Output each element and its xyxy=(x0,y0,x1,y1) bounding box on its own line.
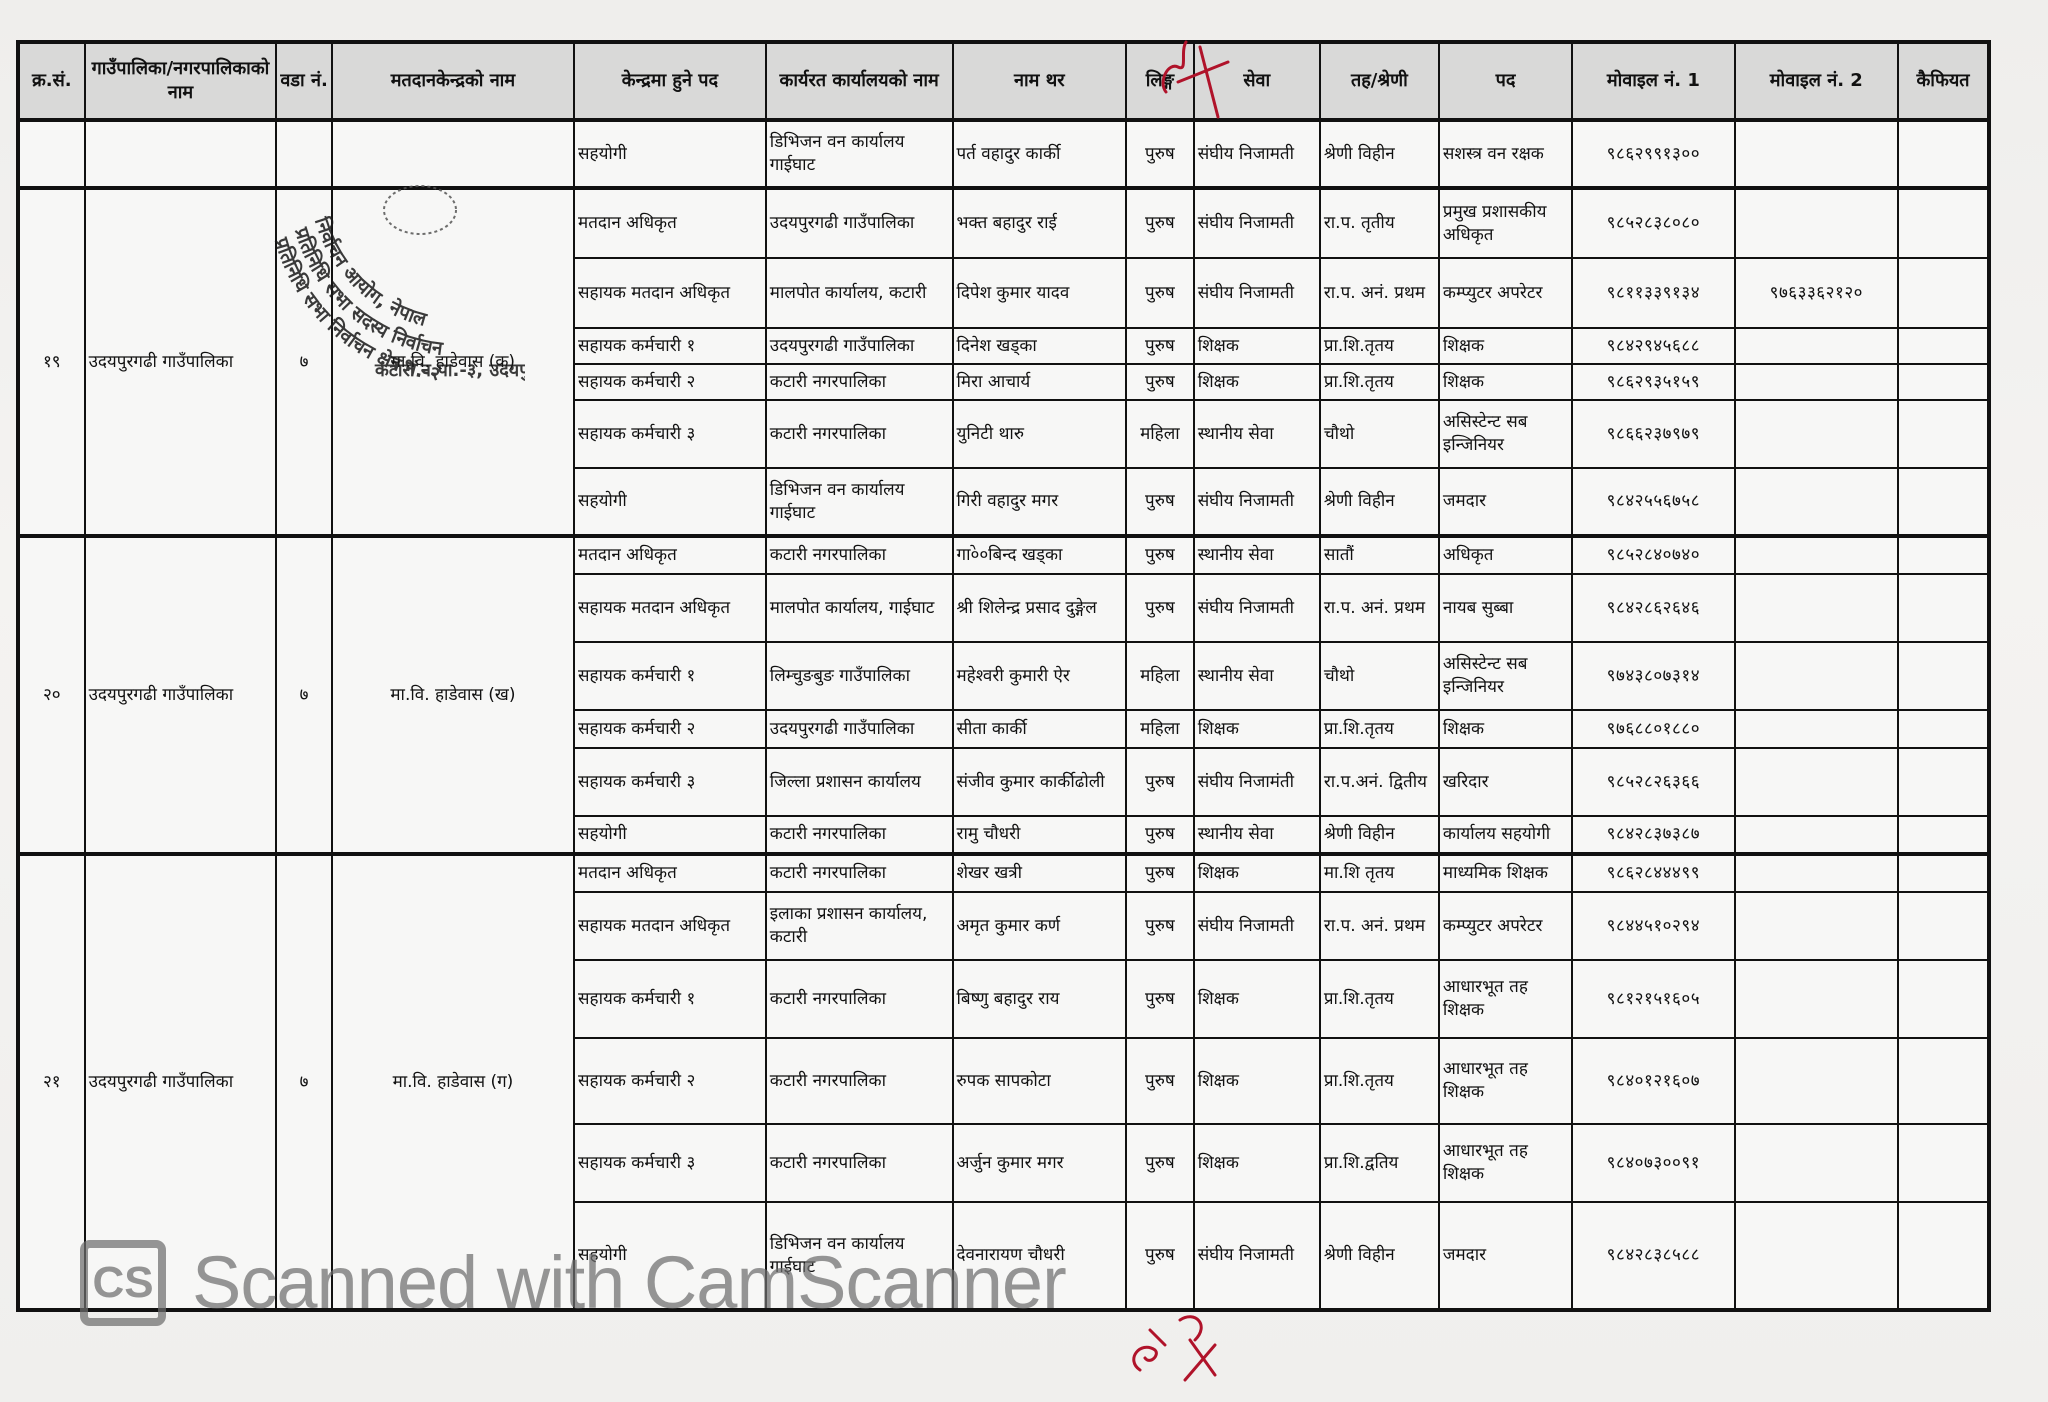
gender-cell: महिला xyxy=(1126,710,1194,748)
service-cell: संघीय निजामती xyxy=(1194,574,1320,642)
working-office-cell: कटारी नगरपालिका xyxy=(766,364,953,400)
mobile-1-cell: ९८६२८४४४९९ xyxy=(1572,854,1734,892)
post-cell: शिक्षक xyxy=(1439,328,1572,364)
level-cell: प्रा.शि.द्वतिय xyxy=(1320,1124,1439,1202)
service-cell: संघीय निजामती xyxy=(1194,1202,1320,1310)
remarks-cell xyxy=(1898,748,1989,816)
level-cell: चौथो xyxy=(1320,400,1439,468)
mobile-1-cell: ९८४०१२१६०७ xyxy=(1572,1038,1734,1124)
mobile-1-cell: ९८४४५१०२९४ xyxy=(1572,892,1734,960)
header-serial: क्र.सं. xyxy=(18,42,85,120)
level-cell: श्रेणी विहीन xyxy=(1320,120,1439,188)
remarks-cell xyxy=(1898,468,1989,536)
level-cell: श्रेणी विहीन xyxy=(1320,816,1439,854)
service-cell: शिक्षक xyxy=(1194,960,1320,1038)
post-cell: असिस्टेन्ट सब इन्जिनियर xyxy=(1439,642,1572,710)
header-mobile-1: मोवाइल नं. 1 xyxy=(1572,42,1734,120)
level-cell: प्रा.शि.तृतय xyxy=(1320,364,1439,400)
mobile-1-cell: ९८५२८४०७४० xyxy=(1572,536,1734,574)
working-office-cell: मालपोत कार्यालय, गाईघाट xyxy=(766,574,953,642)
header-mobile-2: मोवाइल नं. 2 xyxy=(1735,42,1898,120)
post-cell: सशस्त्र वन रक्षक xyxy=(1439,120,1572,188)
mobile-1-cell: ९८४२८३८५८८ xyxy=(1572,1202,1734,1310)
full-name-cell: महेश्वरी कुमारी ऐर xyxy=(953,642,1127,710)
full-name-cell: अर्जुन कुमार मगर xyxy=(953,1124,1127,1202)
table-row: २१उदयपुरगढी गाउँपालिका७मा.वि. हाडेवास (ग… xyxy=(18,854,1989,892)
center-role-cell: मतदान अधिकृत xyxy=(574,188,766,258)
gender-cell: महिला xyxy=(1126,642,1194,710)
working-office-cell: कटारी नगरपालिका xyxy=(766,854,953,892)
serial-cell: १९ xyxy=(18,188,85,536)
working-office-cell: उदयपुरगढी गाउँपालिका xyxy=(766,710,953,748)
full-name-cell: युनिटी थारु xyxy=(953,400,1127,468)
working-office-cell: कटारी नगरपालिका xyxy=(766,960,953,1038)
service-cell: संघीय निजामती xyxy=(1194,258,1320,328)
post-cell: प्रमुख प्रशासकीय अधिकृत xyxy=(1439,188,1572,258)
post-cell: आधारभूत तह शिक्षक xyxy=(1439,960,1572,1038)
full-name-cell: बिष्णु बहादुर राय xyxy=(953,960,1127,1038)
center-role-cell: सहयोगी xyxy=(574,1202,766,1310)
center-role-cell: सहायक कर्मचारी ३ xyxy=(574,748,766,816)
working-office-cell: जिल्ला प्रशासन कार्यालय xyxy=(766,748,953,816)
center-role-cell: सहायक कर्मचारी ३ xyxy=(574,1124,766,1202)
full-name-cell: शेखर खत्री xyxy=(953,854,1127,892)
mobile-2-cell xyxy=(1735,854,1898,892)
gender-cell: पुरुष xyxy=(1126,468,1194,536)
post-cell: असिस्टेन्ट सब इन्जिनियर xyxy=(1439,400,1572,468)
header-remarks: कैफियत xyxy=(1898,42,1989,120)
service-cell: शिक्षक xyxy=(1194,1124,1320,1202)
gender-cell: महिला xyxy=(1126,400,1194,468)
level-cell: मा.शि तृतय xyxy=(1320,854,1439,892)
mobile-1-cell: ९८११३३९१३४ xyxy=(1572,258,1734,328)
mobile-2-cell xyxy=(1735,188,1898,258)
service-cell: शिक्षक xyxy=(1194,328,1320,364)
ward-cell: ७ xyxy=(276,854,332,1310)
center-role-cell: सहयोगी xyxy=(574,120,766,188)
center-role-cell: मतदान अधिकृत xyxy=(574,536,766,574)
post-cell: आधारभूत तह शिक्षक xyxy=(1439,1124,1572,1202)
mobile-1-cell: ९७४३८०७३१४ xyxy=(1572,642,1734,710)
header-full-name: नाम थर xyxy=(953,42,1127,120)
center-role-cell: सहायक मतदान अधिकृत xyxy=(574,574,766,642)
mobile-2-cell: ९७६३३६२१२० xyxy=(1735,258,1898,328)
mobile-2-cell xyxy=(1735,468,1898,536)
mobile-1-cell: ९८६२९९१३०० xyxy=(1572,120,1734,188)
mobile-1-cell: ९८४०७३००९१ xyxy=(1572,1124,1734,1202)
gender-cell: पुरुष xyxy=(1126,748,1194,816)
remarks-cell xyxy=(1898,854,1989,892)
remarks-cell xyxy=(1898,892,1989,960)
full-name-cell: दिनेश खड्का xyxy=(953,328,1127,364)
remarks-cell xyxy=(1898,1124,1989,1202)
working-office-cell: कटारी नगरपालिका xyxy=(766,400,953,468)
mobile-1-cell: ९८६२९३५१५९ xyxy=(1572,364,1734,400)
working-office-cell: कटारी नगरपालिका xyxy=(766,816,953,854)
polling-center-cell xyxy=(332,120,574,188)
mobile-1-cell: ९८४२८३७३८७ xyxy=(1572,816,1734,854)
working-office-cell: इलाका प्रशासन कार्यालय, कटारी xyxy=(766,892,953,960)
post-cell: जमदार xyxy=(1439,468,1572,536)
mobile-2-cell xyxy=(1735,642,1898,710)
post-cell: अधिकृत xyxy=(1439,536,1572,574)
serial-cell: २१ xyxy=(18,854,85,1310)
header-service: सेवा xyxy=(1194,42,1320,120)
mobile-2-cell xyxy=(1735,1202,1898,1310)
remarks-cell xyxy=(1898,1202,1989,1310)
mobile-2-cell xyxy=(1735,400,1898,468)
polling-center-cell: मा.वि. हाडेवास (क) xyxy=(332,188,574,536)
level-cell: रा.प.अनं. द्वितीय xyxy=(1320,748,1439,816)
header-post: पद xyxy=(1439,42,1572,120)
service-cell: स्थानीय सेवा xyxy=(1194,536,1320,574)
full-name-cell: रुपक सापकोटा xyxy=(953,1038,1127,1124)
header-municipality: गाउँपालिका/नगरपालिकाको नाम xyxy=(85,42,277,120)
gender-cell: पुरुष xyxy=(1126,574,1194,642)
post-cell: जमदार xyxy=(1439,1202,1572,1310)
full-name-cell: पर्त वहादुर कार्की xyxy=(953,120,1127,188)
center-role-cell: मतदान अधिकृत xyxy=(574,854,766,892)
center-role-cell: सहयोगी xyxy=(574,816,766,854)
level-cell: रा.प. अनं. प्रथम xyxy=(1320,574,1439,642)
service-cell: संघीय निजामती xyxy=(1194,892,1320,960)
municipality-cell xyxy=(85,120,277,188)
post-cell: नायब सुब्बा xyxy=(1439,574,1572,642)
level-cell: प्रा.शि.तृतय xyxy=(1320,960,1439,1038)
working-office-cell: उदयपुरगढी गाउँपालिका xyxy=(766,328,953,364)
mobile-2-cell xyxy=(1735,710,1898,748)
working-office-cell: कटारी नगरपालिका xyxy=(766,1124,953,1202)
service-cell: संघीय निजामती xyxy=(1194,188,1320,258)
gender-cell: पुरुष xyxy=(1126,1124,1194,1202)
header-center-role: केन्द्रमा हुने पद xyxy=(574,42,766,120)
working-office-cell: डिभिजन वन कार्यालय गाईघाट xyxy=(766,120,953,188)
polling-center-cell: मा.वि. हाडेवास (ख) xyxy=(332,536,574,854)
service-cell: शिक्षक xyxy=(1194,854,1320,892)
serial-cell xyxy=(18,120,85,188)
table-row: १९उदयपुरगढी गाउँपालिका७मा.वि. हाडेवास (क… xyxy=(18,188,1989,258)
center-role-cell: सहायक कर्मचारी ३ xyxy=(574,400,766,468)
mobile-1-cell: ९८६६२३७९७९ xyxy=(1572,400,1734,468)
service-cell: स्थानीय सेवा xyxy=(1194,816,1320,854)
post-cell: माध्यमिक शिक्षक xyxy=(1439,854,1572,892)
post-cell: कार्यालय सहयोगी xyxy=(1439,816,1572,854)
gender-cell: पुरुष xyxy=(1126,1202,1194,1310)
level-cell: प्रा.शि.तृतय xyxy=(1320,328,1439,364)
mobile-1-cell: ९८५२८३८०८० xyxy=(1572,188,1734,258)
ward-cell: ७ xyxy=(276,188,332,536)
full-name-cell: दिपेश कुमार यादव xyxy=(953,258,1127,328)
mobile-2-cell xyxy=(1735,748,1898,816)
header-level: तह/श्रेणी xyxy=(1320,42,1439,120)
remarks-cell xyxy=(1898,188,1989,258)
mobile-2-cell xyxy=(1735,960,1898,1038)
service-cell: शिक्षक xyxy=(1194,710,1320,748)
center-role-cell: सहायक कर्मचारी १ xyxy=(574,642,766,710)
municipality-cell: उदयपुरगढी गाउँपालिका xyxy=(85,854,277,1310)
gender-cell: पुरुष xyxy=(1126,854,1194,892)
full-name-cell: संजीव कुमार कार्कीढोली xyxy=(953,748,1127,816)
working-office-cell: कटारी नगरपालिका xyxy=(766,536,953,574)
header-polling-center: मतदानकेन्द्रको नाम xyxy=(332,42,574,120)
mobile-1-cell: ९८४२५५६७५८ xyxy=(1572,468,1734,536)
level-cell: रा.प. अनं. प्रथम xyxy=(1320,258,1439,328)
remarks-cell xyxy=(1898,536,1989,574)
working-office-cell: मालपोत कार्यालय, कटारी xyxy=(766,258,953,328)
mobile-2-cell xyxy=(1735,1038,1898,1124)
gender-cell: पुरुष xyxy=(1126,120,1194,188)
level-cell: श्रेणी विहीन xyxy=(1320,468,1439,536)
mobile-2-cell xyxy=(1735,816,1898,854)
mobile-2-cell xyxy=(1735,574,1898,642)
mobile-1-cell: ९८५२८२६३६६ xyxy=(1572,748,1734,816)
post-cell: शिक्षक xyxy=(1439,710,1572,748)
full-name-cell: गिरी वहादुर मगर xyxy=(953,468,1127,536)
serial-cell: २० xyxy=(18,536,85,854)
working-office-cell: कटारी नगरपालिका xyxy=(766,1038,953,1124)
gender-cell: पुरुष xyxy=(1126,258,1194,328)
full-name-cell: रामु चौधरी xyxy=(953,816,1127,854)
service-cell: स्थानीय सेवा xyxy=(1194,400,1320,468)
post-cell: शिक्षक xyxy=(1439,364,1572,400)
mobile-2-cell xyxy=(1735,328,1898,364)
level-cell: प्रा.शि.तृतय xyxy=(1320,1038,1439,1124)
ward-cell xyxy=(276,120,332,188)
mobile-1-cell: ९८४२९४५६८८ xyxy=(1572,328,1734,364)
gender-cell: पुरुष xyxy=(1126,816,1194,854)
gender-cell: पुरुष xyxy=(1126,536,1194,574)
header-working-office: कार्यरत कार्यालयको नाम xyxy=(766,42,953,120)
gender-cell: पुरुष xyxy=(1126,960,1194,1038)
service-cell: संघीय निजामती xyxy=(1194,120,1320,188)
table-row: २०उदयपुरगढी गाउँपालिका७मा.वि. हाडेवास (ख… xyxy=(18,536,1989,574)
full-name-cell: भक्त बहादुर राई xyxy=(953,188,1127,258)
mobile-2-cell xyxy=(1735,364,1898,400)
level-cell: सातौं xyxy=(1320,536,1439,574)
level-cell: श्रेणी विहीन xyxy=(1320,1202,1439,1310)
full-name-cell: देवनारायण चौधरी xyxy=(953,1202,1127,1310)
post-cell: आधारभूत तह शिक्षक xyxy=(1439,1038,1572,1124)
ward-cell: ७ xyxy=(276,536,332,854)
center-role-cell: सहायक मतदान अधिकृत xyxy=(574,892,766,960)
gender-cell: पुरुष xyxy=(1126,188,1194,258)
service-cell: शिक्षक xyxy=(1194,364,1320,400)
remarks-cell xyxy=(1898,120,1989,188)
center-role-cell: सहयोगी xyxy=(574,468,766,536)
service-cell: स्थानीय सेवा xyxy=(1194,642,1320,710)
gender-cell: पुरुष xyxy=(1126,364,1194,400)
mobile-1-cell: ९७६८८०१८८० xyxy=(1572,710,1734,748)
table-header-row: क्र.सं. गाउँपालिका/नगरपालिकाको नाम वडा न… xyxy=(18,42,1989,120)
mobile-2-cell xyxy=(1735,892,1898,960)
mobile-2-cell xyxy=(1735,1124,1898,1202)
center-role-cell: सहायक कर्मचारी २ xyxy=(574,364,766,400)
post-cell: कम्प्युटर अपरेटर xyxy=(1439,892,1572,960)
center-role-cell: सहायक कर्मचारी १ xyxy=(574,328,766,364)
center-role-cell: सहायक कर्मचारी २ xyxy=(574,1038,766,1124)
table-body: सहयोगीडिभिजन वन कार्यालय गाईघाटपर्त वहाद… xyxy=(18,120,1989,1310)
full-name-cell: अमृत कुमार कर्ण xyxy=(953,892,1127,960)
remarks-cell xyxy=(1898,258,1989,328)
remarks-cell xyxy=(1898,642,1989,710)
level-cell: रा.प. अनं. प्रथम xyxy=(1320,892,1439,960)
level-cell: चौथो xyxy=(1320,642,1439,710)
remarks-cell xyxy=(1898,816,1989,854)
table-row: सहयोगीडिभिजन वन कार्यालय गाईघाटपर्त वहाद… xyxy=(18,120,1989,188)
service-cell: संघीय निजामंती xyxy=(1194,748,1320,816)
full-name-cell: सीता कार्की xyxy=(953,710,1127,748)
center-role-cell: सहायक कर्मचारी २ xyxy=(574,710,766,748)
remarks-cell xyxy=(1898,1038,1989,1124)
service-cell: संघीय निजामती xyxy=(1194,468,1320,536)
post-cell: कम्प्युटर अपरेटर xyxy=(1439,258,1572,328)
remarks-cell xyxy=(1898,574,1989,642)
gender-cell: पुरुष xyxy=(1126,1038,1194,1124)
gender-cell: पुरुष xyxy=(1126,892,1194,960)
mobile-1-cell: ९८४२८६२६४६ xyxy=(1572,574,1734,642)
polling-staff-table: क्र.सं. गाउँपालिका/नगरपालिकाको नाम वडा न… xyxy=(16,40,1991,1312)
remarks-cell xyxy=(1898,364,1989,400)
working-office-cell: उदयपुरगढी गाउँपालिका xyxy=(766,188,953,258)
header-gender: लिङ्ग xyxy=(1126,42,1194,120)
level-cell: रा.प. तृतीय xyxy=(1320,188,1439,258)
working-office-cell: लिम्चुङबुङ गाउँपालिका xyxy=(766,642,953,710)
full-name-cell: मिरा आचार्य xyxy=(953,364,1127,400)
service-cell: शिक्षक xyxy=(1194,1038,1320,1124)
full-name-cell: श्री शिलेन्द्र प्रसाद दुङ्गेल xyxy=(953,574,1127,642)
center-role-cell: सहायक कर्मचारी १ xyxy=(574,960,766,1038)
working-office-cell: डिभिजन वन कार्यालय गाईघाट xyxy=(766,1202,953,1310)
polling-center-cell: मा.वि. हाडेवास (ग) xyxy=(332,854,574,1310)
post-cell: खरिदार xyxy=(1439,748,1572,816)
mobile-1-cell: ९८१२१५१६०५ xyxy=(1572,960,1734,1038)
remarks-cell xyxy=(1898,710,1989,748)
municipality-cell: उदयपुरगढी गाउँपालिका xyxy=(85,536,277,854)
remarks-cell xyxy=(1898,960,1989,1038)
center-role-cell: सहायक मतदान अधिकृत xyxy=(574,258,766,328)
municipality-cell: उदयपुरगढी गाउँपालिका xyxy=(85,188,277,536)
mobile-2-cell xyxy=(1735,536,1898,574)
remarks-cell xyxy=(1898,328,1989,364)
level-cell: प्रा.शि.तृतय xyxy=(1320,710,1439,748)
remarks-cell xyxy=(1898,400,1989,468)
mobile-2-cell xyxy=(1735,120,1898,188)
full-name-cell: गा०े०बिन्द खड्का xyxy=(953,536,1127,574)
working-office-cell: डिभिजन वन कार्यालय गाईघाट xyxy=(766,468,953,536)
gender-cell: पुरुष xyxy=(1126,328,1194,364)
header-ward: वडा नं. xyxy=(276,42,332,120)
